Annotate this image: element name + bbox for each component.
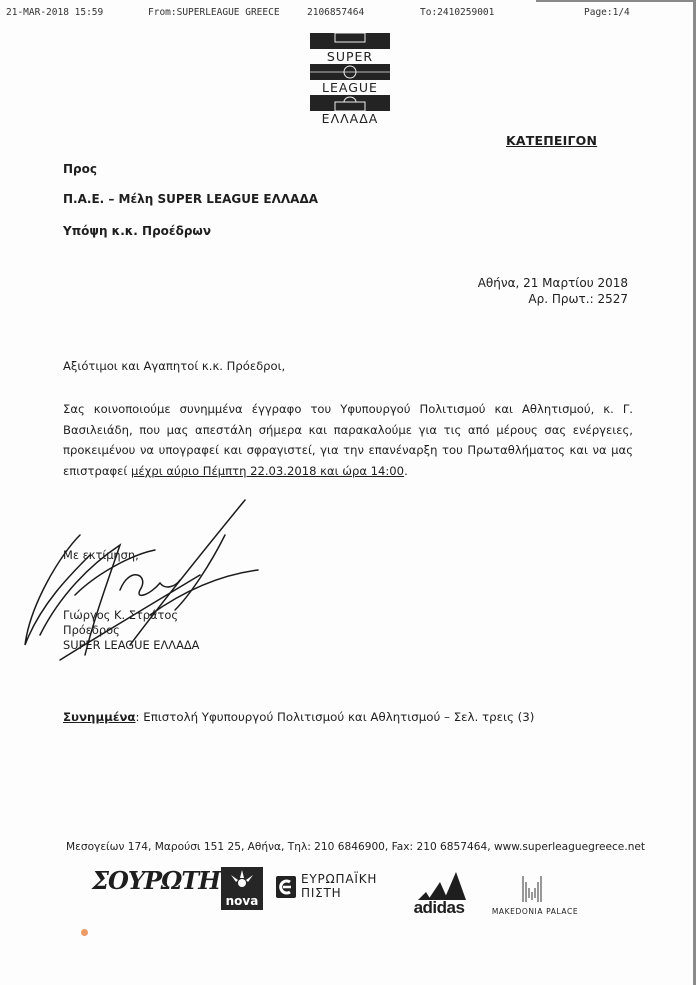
fax-from: From:SUPERLEAGUE GREECE bbox=[148, 7, 280, 18]
fax-from-number: 2106857464 bbox=[307, 7, 364, 18]
fax-page: Page:1/4 bbox=[584, 7, 630, 18]
attachments-label: Συνημμένα bbox=[63, 710, 136, 724]
signatory-organization: SUPER LEAGUE ΕΛΛΑΔΑ bbox=[63, 638, 199, 653]
logo-pitch-top-icon bbox=[310, 33, 390, 49]
attachments-text: : Επιστολή Υφυπουργού Πολιτισμού και Αθλ… bbox=[136, 710, 535, 724]
signatory-title: Πρόεδρος bbox=[63, 623, 120, 638]
logo-word-ellada: ΕΛΛΑΔΑ bbox=[310, 112, 390, 126]
makedonia-bars-icon bbox=[480, 868, 590, 904]
salutation: Αξιότιμοι και Αγαπητοί κ.κ. Πρόεδροι, bbox=[63, 356, 633, 377]
recipient-attention: Υπόψη κ.κ. Προέδρων bbox=[63, 224, 211, 238]
european-line2: ΠΙΣΤΗ bbox=[301, 887, 377, 901]
fax-to: To:2410259001 bbox=[420, 7, 494, 18]
body-end: . bbox=[404, 464, 408, 478]
adidas-text: adidas bbox=[404, 898, 474, 918]
logo-pitch-bottom-icon bbox=[310, 95, 390, 111]
makedonia-text: MAKEDONIA PALACE bbox=[480, 907, 590, 916]
sponsor-nova-logo: nova bbox=[221, 867, 263, 910]
signatory-name: Γιώργος Κ. Στράτος bbox=[63, 608, 178, 623]
european-line1: ΕΥΡΩΠΑΪΚΗ bbox=[301, 873, 377, 887]
sponsor-adidas-logo: adidas bbox=[404, 870, 474, 918]
recipient-to-label: Προς bbox=[63, 162, 97, 176]
european-mark-icon bbox=[276, 876, 296, 898]
adidas-stripes-icon bbox=[404, 870, 474, 900]
sponsor-makedonia-palace-logo: MAKEDONIA PALACE bbox=[480, 868, 590, 918]
scan-edge-top bbox=[536, 0, 696, 2]
nova-text: nova bbox=[221, 894, 263, 908]
logo-word-super: SUPER bbox=[310, 50, 390, 64]
place-date: Αθήνα, 21 Μαρτίου 2018 bbox=[478, 276, 628, 290]
attachments-line: Συνημμένα: Επιστολή Υφυπουργού Πολιτισμο… bbox=[63, 710, 534, 724]
superleague-logo: SUPER LEAGUE ΕΛΛΑΔΑ bbox=[310, 33, 390, 126]
recipient-addressee: Π.Α.Ε. – Μέλη SUPER LEAGUE ΕΛΛΑΔΑ bbox=[63, 192, 318, 206]
logo-pitch-mid-icon bbox=[310, 64, 390, 80]
body-deadline: μέχρι αύριο Πέμπτη 22.03.2018 και ώρα 14… bbox=[131, 464, 404, 478]
closing-regards: Με εκτίμηση, bbox=[63, 548, 139, 563]
logo-word-league: LEAGUE bbox=[310, 81, 390, 95]
protocol-number: Αρ. Πρωτ.: 2527 bbox=[528, 292, 628, 306]
sponsor-souroti-logo: ΣΟΥΡΩΤΗ bbox=[92, 866, 220, 895]
fax-datetime: 21-MAR-2018 15:59 bbox=[6, 7, 103, 18]
nova-star-icon bbox=[221, 867, 263, 893]
fax-header: 21-MAR-2018 15:59 From:SUPERLEAGUE GREEC… bbox=[0, 7, 696, 23]
scan-stain bbox=[81, 929, 88, 936]
urgent-label: ΚΑΤΕΠΕΙΓΟΝ bbox=[506, 133, 597, 148]
letter-body: Σας κοινοποιούμε συνημμένα έγγραφο του Υ… bbox=[63, 399, 633, 481]
footer-address: Μεσογείων 174, Μαρούσι 151 25, Αθήνα, Τη… bbox=[66, 841, 645, 853]
